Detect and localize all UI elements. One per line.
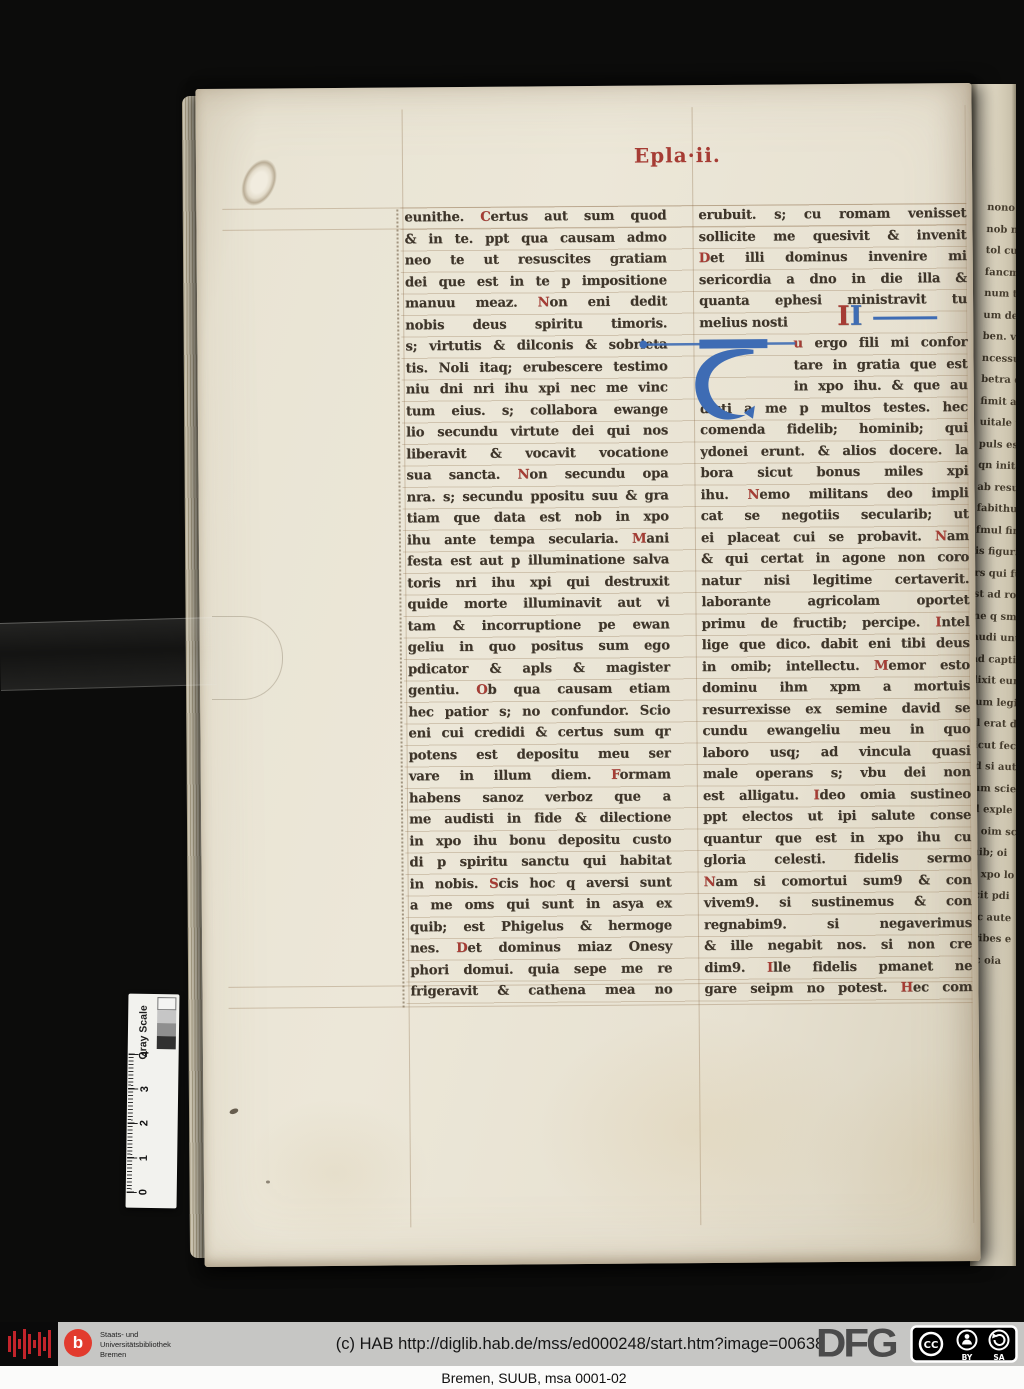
manuscript-line: dei que est in te p impositione bbox=[405, 270, 667, 294]
ruling-line-bottom-2 bbox=[229, 1002, 973, 1009]
facing-text-fragment: sicut feci bbox=[970, 734, 1016, 758]
logo-stripe bbox=[8, 1336, 11, 1352]
facing-text-fragment: ul erat d bbox=[970, 713, 1016, 737]
footer-bar: b Staats- undUniversitätsbibliothekBreme… bbox=[0, 1322, 1024, 1366]
facing-text-fragment: um dei ap bbox=[983, 304, 1016, 328]
facing-text-fragment: audi unu bbox=[972, 627, 1016, 651]
facing-text-fragment: fmul fim bbox=[976, 519, 1016, 543]
facing-text-fragment: ad captiu bbox=[971, 648, 1016, 672]
manuscript-line: dim9. Ille fidelis pmanet ne bbox=[704, 955, 972, 979]
manuscript-line: sua sancta. Non secundu opa bbox=[406, 463, 668, 487]
manuscript-line: vivem9. si sustinemus & con bbox=[704, 891, 972, 915]
manuscript-line: eni cui credidi & certus sum qr bbox=[408, 721, 670, 745]
facing-text-fragment: uitale ut bbox=[979, 412, 1016, 436]
manuscript-line: potens est depositu meu ser bbox=[409, 743, 671, 767]
logo-stripe bbox=[43, 1337, 46, 1351]
manuscript-line: pdicator & apls & magister bbox=[408, 657, 670, 681]
manuscript-line: festa est aut p illuminatione salva bbox=[407, 549, 669, 573]
logo-stripe bbox=[38, 1332, 41, 1356]
gray-patch bbox=[157, 1010, 176, 1023]
manuscript-line: niu dni nri ihu xpi nec me vinc bbox=[406, 377, 668, 401]
illuminated-initial-T bbox=[635, 328, 801, 429]
facing-text-fragment: ab resurr bbox=[977, 476, 1016, 500]
manuscript-line: nra. s; secundu ppositu suu & gra bbox=[407, 485, 669, 509]
manuscript-line: erubuit. s; cu romam venisset bbox=[698, 203, 966, 227]
manuscript-line: Nam si comortui sum9 & con bbox=[704, 869, 972, 893]
chapter-heading-rubric: Epla·ii. bbox=[634, 142, 784, 167]
manuscript-line: tiam que data est nob in xpo bbox=[407, 506, 669, 530]
manuscript-line: eunithe. Certus aut sum quod bbox=[404, 205, 666, 229]
manuscript-line: di p spiritu sanctu qui habitat bbox=[409, 850, 671, 874]
manuscript-line: manuu meaz. Non eni dedit bbox=[405, 291, 667, 315]
bremen-stripes-logo bbox=[0, 1322, 58, 1366]
manuscript-line: bora sicut bonus miles xpi bbox=[700, 461, 968, 485]
manuscript-line: nobis deus spiritu timoris. bbox=[405, 313, 667, 337]
manuscript-page: Epla·ii. eunithe. Certus aut sum quod& i… bbox=[195, 83, 980, 1267]
ruler-number: 2 bbox=[127, 1115, 162, 1131]
facing-text-fragment: nob nobis bbox=[986, 218, 1016, 242]
manuscript-line: est alligatu. Ideo omia sustineo bbox=[703, 783, 971, 807]
bremen-b-logo: b bbox=[64, 1329, 92, 1357]
manuscript-line: frigeravit & cathena mea no bbox=[410, 979, 672, 1003]
manuscript-line: natur nisi legitime certaverit. bbox=[701, 569, 969, 593]
manuscript-line: & in te. ppt qua causam admo bbox=[404, 227, 666, 251]
facing-text-fragment: dixit eun bbox=[970, 670, 1016, 694]
library-name-line: Bremen bbox=[100, 1350, 171, 1360]
dfg-logo: DFG bbox=[816, 1322, 896, 1364]
manuscript-line: gare seipm no potest. Hec com bbox=[704, 977, 972, 1001]
manuscript-line: habens sanoz verboz que a bbox=[409, 786, 671, 810]
manuscript-line: quide morte illuminavit aut vi bbox=[407, 592, 669, 616]
facing-text-fragment: is figuril bbox=[975, 541, 1016, 565]
manuscript-line: s; virtutis & dilconis & sobrieta bbox=[405, 334, 667, 358]
manuscript-line: cundu ewangeliu meu in quo bbox=[702, 719, 970, 743]
manuscript-line: lio secundu virtute dei qui nos bbox=[406, 420, 668, 444]
facing-text-fragment: fimit aat bbox=[980, 390, 1016, 414]
manuscript-line: male operans s; vbu dei non bbox=[703, 762, 971, 786]
manuscript-line: lige que dico. dabit eni tibi deus bbox=[702, 633, 970, 657]
manuscript-line: vare in illum diem. Formam bbox=[409, 764, 671, 788]
svg-text:CC: CC bbox=[924, 1340, 939, 1351]
manuscript-line: hec patior s; no confundor. Scio bbox=[408, 700, 670, 724]
manuscript-line: ydonei erunt. & alios docere. la bbox=[700, 440, 968, 464]
manuscript-line: cat se negotiis secularib; ut bbox=[701, 504, 969, 528]
facing-text-fragment: st ad rom bbox=[973, 584, 1016, 608]
svg-text:BY: BY bbox=[962, 1353, 973, 1362]
manuscript-line: sericordia a dno in die illa & bbox=[699, 268, 967, 292]
facing-text-fragment: nono estu bbox=[987, 197, 1016, 221]
facing-text-fragment: ben. vite bbox=[982, 326, 1016, 350]
facing-text-fragment: rs qui fu bbox=[974, 562, 1016, 586]
ruler-number: 3 bbox=[128, 1080, 163, 1096]
library-name: Staats- undUniversitätsbibliothekBremen bbox=[100, 1330, 171, 1359]
parchment-stain bbox=[239, 1097, 430, 1248]
shelfmark-caption: Bremen, SUUB, msa 0001-02 bbox=[441, 1370, 626, 1386]
logo-stripe bbox=[33, 1340, 36, 1348]
gray-patch bbox=[157, 997, 176, 1010]
manuscript-line: quib; est Phigelus & hermoge bbox=[410, 915, 672, 939]
logo-stripe bbox=[28, 1334, 31, 1354]
facing-text-fragment: ne q smil bbox=[973, 605, 1016, 629]
manuscript-line: me audisti in fide & dilectione bbox=[409, 807, 671, 831]
facing-text-fragment: fancm sml bbox=[985, 261, 1016, 285]
gray-scale-patches bbox=[157, 997, 177, 1049]
facing-text-fragment: qn initar bbox=[978, 455, 1016, 479]
text-column-left: eunithe. Certus aut sum quod& in te. ppt… bbox=[404, 205, 672, 1003]
library-name-line: Staats- und bbox=[100, 1330, 171, 1340]
ink-speck bbox=[229, 1107, 239, 1115]
svg-text:SA: SA bbox=[993, 1353, 1004, 1362]
text-column-right: II erubuit. s; cu romam venissetsollicit… bbox=[698, 203, 972, 1001]
manuscript-line: regnabim9. si negaverimus bbox=[704, 912, 972, 936]
manuscript-line: ihu. Nemo militans deo impli bbox=[701, 483, 969, 507]
logo-stripe bbox=[23, 1329, 26, 1359]
page-holding-strip bbox=[0, 617, 217, 691]
manuscript-line: laboro usq; ad vincula quasi bbox=[703, 740, 971, 764]
manuscript-line: dominu ihm xpm a mortuis bbox=[702, 676, 970, 700]
manuscript-line: toris nri ihu xpi qui destruxit bbox=[407, 571, 669, 595]
manuscript-line: gentiu. Ob qua causam etiam bbox=[408, 678, 670, 702]
manuscript-line: tis. Noli itaq; erubescere testimo bbox=[406, 356, 668, 380]
logo-stripe bbox=[48, 1330, 51, 1358]
facing-text-fragment: puls est p bbox=[979, 433, 1016, 457]
facing-text-fragment: num te qm bbox=[984, 283, 1016, 307]
manuscript-line: geliu in quo positus sum ego bbox=[408, 635, 670, 659]
parchment-hole bbox=[233, 152, 286, 213]
manuscript-line: phori domui. quia sepe me re bbox=[410, 958, 672, 982]
manuscript-line: tam & incorruptione pe ewan bbox=[408, 614, 670, 638]
manuscript-line: tum eius. s; collabora ewange bbox=[406, 399, 668, 423]
facing-text-fragment: rum legis bbox=[970, 691, 1016, 715]
photograph-stage: nono estunob nobistol cui mlfancm smlnum… bbox=[0, 0, 1024, 1389]
manuscript-line: Det illi dominus invenire mi bbox=[699, 246, 967, 270]
ruler-number: 4 bbox=[128, 1046, 163, 1062]
manuscript-line: in omib; intellectu. Memor esto bbox=[702, 655, 970, 679]
manuscript-line: laborante agricolam oportet bbox=[701, 590, 969, 614]
manuscript-line: in xpo ihu bonu depositu custo bbox=[409, 829, 671, 853]
manuscript-line: ihu ante tempa secularia. Mani bbox=[407, 528, 669, 552]
manuscript-line: neo te ut resuscites gratiam bbox=[405, 248, 667, 272]
manuscript-line: nes. Det dominus miaz Onesy bbox=[410, 936, 672, 960]
ruler-number: 0 bbox=[126, 1184, 161, 1200]
ink-speck bbox=[266, 1181, 270, 1184]
facing-text-fragment: qd si aut bbox=[970, 756, 1016, 780]
gray-patch bbox=[157, 1023, 176, 1036]
manuscript-line: sollicite me quesivit & invenit bbox=[698, 225, 966, 249]
manuscript-line: a me oms qui sunt in asya ex bbox=[410, 893, 672, 917]
manuscript-line: in nobis. Scis hoc q aversi sunt bbox=[410, 872, 672, 896]
logo-stripe bbox=[18, 1339, 21, 1349]
facing-text-fragment: fabithur bbox=[976, 498, 1016, 522]
library-name-line: Universitätsbibliothek bbox=[100, 1340, 171, 1350]
manuscript-line: ppt electos ut ipi salute conse bbox=[703, 805, 971, 829]
manuscript-line: quantur que est in xpo ihu cu bbox=[703, 826, 971, 850]
copyright-url-text: (c) HAB http://diglib.hab.de/mss/ed00024… bbox=[280, 1322, 880, 1366]
manuscript-line: ei placeat cui se probavit. Nam bbox=[701, 526, 969, 550]
manuscript-line: & ille negabit nos. si non cre bbox=[704, 934, 972, 958]
facing-text-fragment: tol cui ml bbox=[985, 240, 1016, 264]
gray-scale-card: Gray Scale 43210 bbox=[126, 994, 180, 1209]
cc-by-sa-license-badge: CC BY SA bbox=[910, 1325, 1018, 1363]
manuscript-line: gloria celesti. fidelis sermo bbox=[703, 848, 971, 872]
manuscript-line: liberavit & vocavit vocatione bbox=[406, 442, 668, 466]
manuscript-line: & qui certat in agone non coro bbox=[701, 547, 969, 571]
manuscript-line: primu de fructib; percipe. Intel bbox=[702, 612, 970, 636]
facing-text-fragment: betra deu bbox=[981, 369, 1016, 393]
chapter-numeral: II bbox=[837, 302, 863, 332]
manuscript-line: resurrexisse ex semine david se bbox=[702, 697, 970, 721]
manuscript-line: quanta ephesi ministravit tu bbox=[699, 289, 967, 313]
facing-text-fragment: ncessus p bbox=[982, 347, 1016, 371]
ruler-numbers: 43210 bbox=[135, 1037, 153, 1210]
ruler-number: 1 bbox=[127, 1149, 162, 1165]
logo-stripe bbox=[13, 1331, 16, 1357]
caption-bar: Bremen, SUUB, msa 0001-02 bbox=[0, 1366, 1024, 1389]
